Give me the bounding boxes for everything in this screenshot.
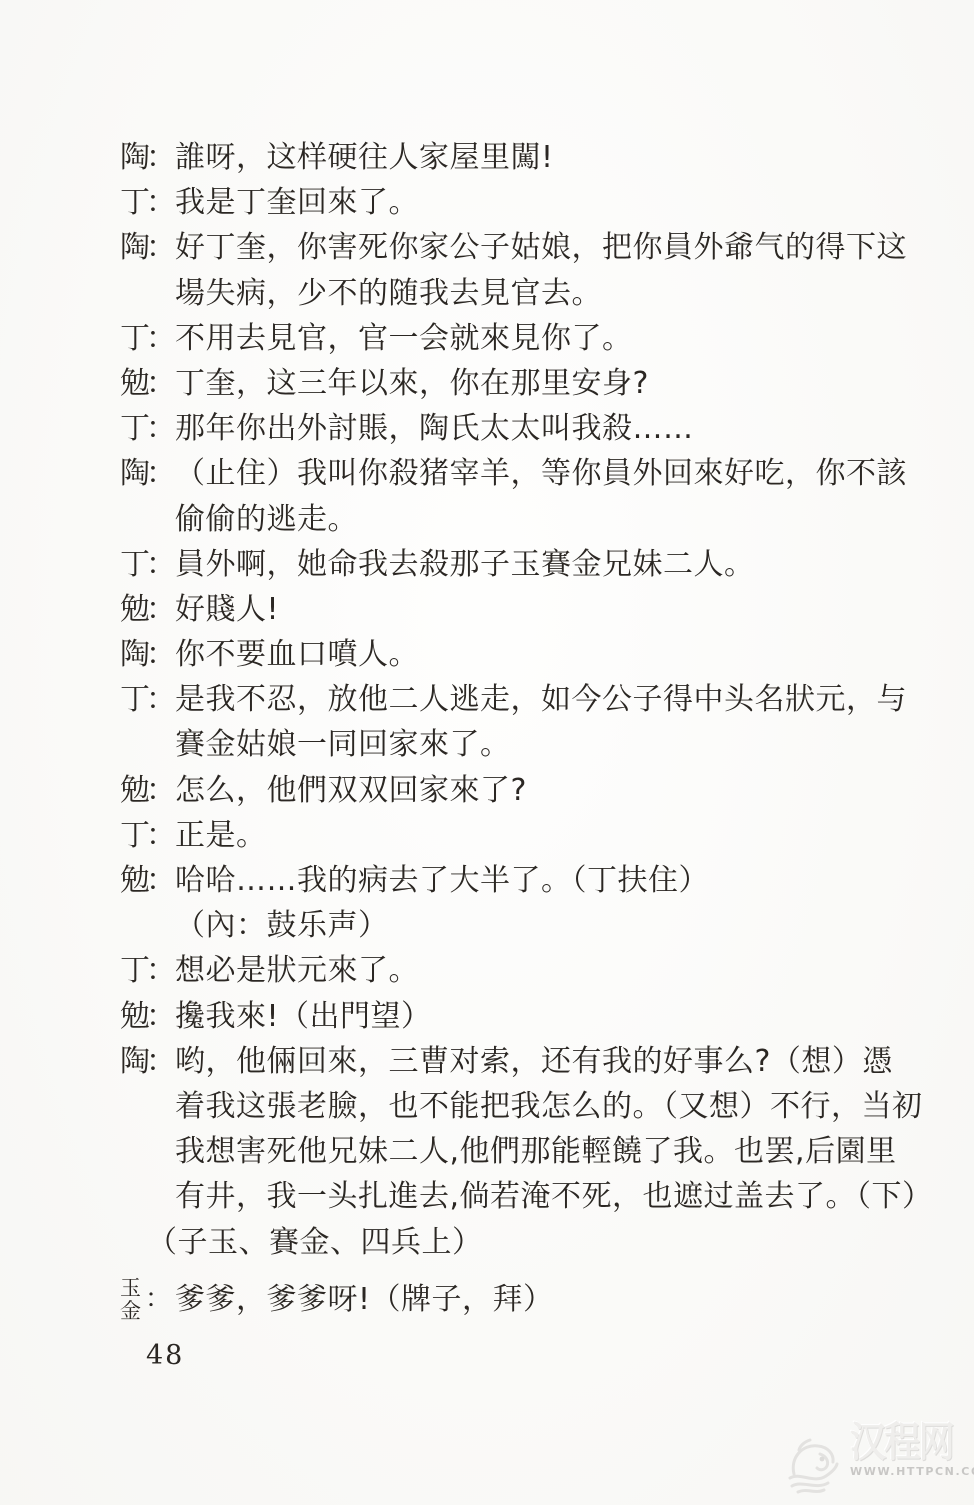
dialogue-text: 想必是狀元來了。 — [175, 948, 419, 993]
dialogue-text: 你不要血口噴人。 — [175, 632, 419, 677]
script-line: 我想害死他兄妹二人,他們那能輕饒了我。也罢,后園里 — [120, 1129, 950, 1174]
watermark-site-url: WWW.HTTPCN.COM — [850, 1465, 974, 1478]
dialogue-text: 正是。 — [175, 813, 267, 858]
speaker-label: 陶： — [120, 1039, 175, 1084]
page-number: 48 — [146, 1340, 184, 1371]
script-line: 勉： 怎么，他們双双回家來了? — [120, 768, 950, 813]
speaker-label: 丁： — [120, 180, 175, 225]
script-line: 丁： 不用去見官，官一会就來見你了。 — [120, 316, 950, 361]
speaker-label: 陶： — [120, 632, 175, 677]
speaker-label: 勉： — [120, 768, 175, 813]
script-line: 偷偷的逃走。 — [120, 497, 950, 542]
speaker-label: 丁： — [120, 677, 175, 722]
dialogue-text: 那年你出外討賬，陶氏太太叫我殺…… — [175, 406, 694, 451]
watermark-dragon-logo-icon — [780, 1428, 848, 1498]
script-line: 陶： 你不要血口噴人。 — [120, 632, 950, 677]
dialogue-text: 員外啊，她命我去殺那子玉賽金兄妹二人。 — [175, 542, 755, 587]
dialogue-text: 怎么，他們双双回家來了? — [175, 768, 527, 813]
dialogue-text: 不用去見官，官一会就來見你了。 — [175, 316, 633, 361]
script-line: 陶： 好丁奎，你害死你家公子姑娘，把你員外爺气的得下这 — [120, 225, 950, 270]
speaker-label: 陶： — [120, 135, 175, 180]
script-line: 玉金： 爹爹，爹爹呀!（牌子，拜） — [120, 1271, 950, 1329]
script-line: 着我这張老臉，也不能把我怎么的。（又想）不行，当初 — [120, 1084, 950, 1129]
dialogue-text: 偷偷的逃走。 — [175, 497, 358, 542]
script-line: 勉： 好賤人! — [120, 587, 950, 632]
dialogue-text: 是我不忍，放他二人逃走，如今公子得中头名狀元，与 — [175, 677, 907, 722]
dialogue-text: 有井，我一头扎進去,倘若淹不死，也遮过盖去了。（下） — [175, 1174, 933, 1219]
speaker-label: 勉： — [120, 587, 175, 632]
script-line: 陶： 誰呀，这样硬往人家屋里闖! — [120, 135, 950, 180]
dialogue-text: 爹爹，爹爹呀!（牌子，拜） — [175, 1277, 554, 1322]
speaker-label: 丁： — [120, 406, 175, 451]
speaker-label: 丁： — [120, 813, 175, 858]
script-line: （內：鼓乐声） — [120, 903, 950, 948]
speaker-label: 丁： — [120, 948, 175, 993]
script-line: 丁： 那年你出外討賬，陶氏太太叫我殺…… — [120, 406, 950, 451]
script-line: 丁： 正是。 — [120, 813, 950, 858]
speaker-label: 丁： — [120, 316, 175, 361]
dialogue-text: （子玉、賽金、四兵上） — [147, 1220, 483, 1265]
script-line: 陶： 哟，他倆回來，三曹对索，还有我的好事么?（想）憑 — [120, 1039, 950, 1084]
speaker-label: 勉： — [120, 994, 175, 1039]
dialogue-text: 我想害死他兄妹二人,他們那能輕饒了我。也罢,后園里 — [175, 1129, 897, 1174]
dialogue-text: 我是丁奎回來了。 — [175, 180, 419, 225]
speaker-label: 陶： — [120, 451, 175, 496]
stacked-speaker-label: 玉金 — [120, 1277, 147, 1323]
dialogue-text: 賽金姑娘一同回家來了。 — [175, 722, 511, 767]
watermark-site-name: 汉程网 — [850, 1420, 974, 1464]
script-line: 丁： 想必是狀元來了。 — [120, 948, 950, 993]
dialogue-text: 着我这張老臉，也不能把我怎么的。（又想）不行，当初 — [175, 1084, 923, 1129]
speaker-label: 玉金： — [120, 1277, 175, 1323]
script-line: 勉： 攙我來!（出門望） — [120, 994, 950, 1039]
dialogue-text: 哟，他倆回來，三曹对索，还有我的好事么?（想）憑 — [175, 1039, 893, 1084]
dialogue-text: 哈哈……我的病去了大半了。（丁扶住） — [175, 858, 709, 903]
script-line: 陶： （止住）我叫你殺猪宰羊，等你員外回來好吃，你不該 — [120, 451, 950, 496]
script-line: 丁： 是我不忍，放他二人逃走，如今公子得中头名狀元，与 — [120, 677, 950, 722]
script-text-block: 陶： 誰呀，这样硬往人家屋里闖! 丁： 我是丁奎回來了。 陶： 好丁奎，你害死你… — [120, 135, 950, 1329]
dialogue-text: 誰呀，这样硬往人家屋里闖! — [175, 135, 554, 180]
speaker-label: 勉： — [120, 361, 175, 406]
script-line: 勉： 丁奎，这三年以來，你在那里安身? — [120, 361, 950, 406]
script-line: 丁： 員外啊，她命我去殺那子玉賽金兄妹二人。 — [120, 542, 950, 587]
dialogue-text: 丁奎，这三年以來，你在那里安身? — [175, 361, 649, 406]
script-line: 賽金姑娘一同回家來了。 — [120, 722, 950, 767]
script-line: 有井，我一头扎進去,倘若淹不死，也遮过盖去了。（下） — [120, 1174, 950, 1219]
speaker-label: 丁： — [120, 542, 175, 587]
script-line: 場失病，少不的随我去見官去。 — [120, 271, 950, 316]
watermark: 汉程网 WWW.HTTPCN.COM — [780, 1420, 974, 1498]
speaker-label: 陶： — [120, 225, 175, 270]
dialogue-text: 好丁奎，你害死你家公子姑娘，把你員外爺气的得下这 — [175, 225, 907, 270]
dialogue-text: 場失病，少不的随我去見官去。 — [175, 271, 602, 316]
dialogue-text: 好賤人! — [175, 587, 279, 632]
dialogue-text: （止住）我叫你殺猪宰羊，等你員外回來好吃，你不該 — [175, 451, 907, 496]
script-line: （子玉、賽金、四兵上） — [120, 1220, 950, 1265]
watermark-text-group: 汉程网 WWW.HTTPCN.COM — [850, 1420, 974, 1478]
dialogue-text: 攙我來!（出門望） — [175, 994, 432, 1039]
dialogue-text: （內：鼓乐声） — [175, 903, 389, 948]
script-line: 丁： 我是丁奎回來了。 — [120, 180, 950, 225]
scanned-script-page: 陶： 誰呀，这样硬往人家屋里闖! 丁： 我是丁奎回來了。 陶： 好丁奎，你害死你… — [0, 0, 974, 1505]
script-line: 勉： 哈哈……我的病去了大半了。（丁扶住） — [120, 858, 950, 903]
speaker-label: 勉： — [120, 858, 175, 903]
